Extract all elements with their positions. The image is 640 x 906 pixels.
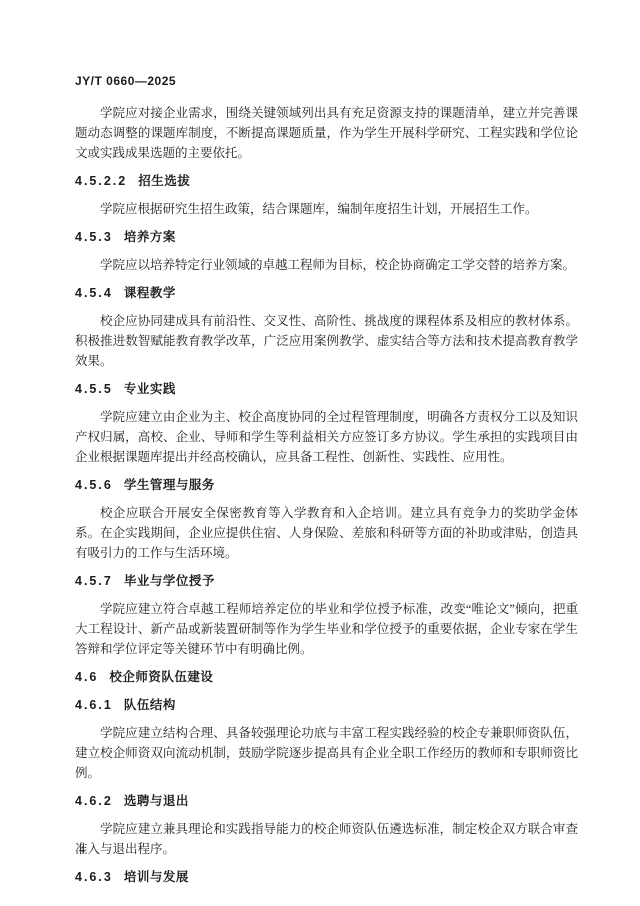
section-heading: 4.6.1队伍结构 (75, 695, 578, 715)
section-number: 4.6.3 (75, 870, 113, 884)
body-paragraph: 学院应对接企业需求，围绕关键领域列出具有充足资源支持的课题清单，建立并完善课题动… (75, 103, 578, 163)
section-title: 培训与发展 (124, 870, 189, 884)
body-paragraph: 学院应根据研究生招生政策，结合课题库，编制年度招生计划，开展招生工作。 (75, 199, 578, 219)
section-number: 4.6 (75, 670, 98, 684)
section-number: 4.5.5 (75, 382, 113, 396)
section-number: 4.6.1 (75, 698, 113, 712)
section-heading: 4.5.7毕业与学位授予 (75, 571, 578, 591)
section-heading: 4.5.2.2招生选拔 (75, 171, 578, 191)
section-number: 4.5.4 (75, 286, 113, 300)
body-paragraph: 校企应联合开展安全保密教育等入学教育和入企培训。建立具有竞争力的奖助学金体系。在… (75, 503, 578, 563)
section-heading: 4.6.3培训与发展 (75, 867, 578, 887)
section-number: 4.5.2.2 (75, 174, 127, 188)
body-paragraph: 校企应协同建成具有前沿性、交叉性、高阶性、挑战度的课程体系及相应的教材体系。积极… (75, 311, 578, 371)
section-title: 毕业与学位授予 (124, 574, 215, 588)
body-paragraph: 学院应建立兼具理论和实践指导能力的校企师资队伍遴选标准，制定校企双方联合审查准入… (75, 819, 578, 859)
section-title: 队伍结构 (124, 698, 176, 712)
body-paragraph: 学院应建立结构合理、具备较强理论功底与丰富工程实践经验的校企专兼职师资队伍，建立… (75, 723, 578, 783)
section-heading: 4.6.2选聘与退出 (75, 791, 578, 811)
section-title: 选聘与退出 (124, 794, 189, 808)
page-content: JY/T 0660—2025 学院应对接企业需求，围绕关键领域列出具有充足资源支… (75, 74, 578, 895)
section-title: 招生选拔 (138, 174, 190, 188)
section-heading: 4.6校企师资队伍建设 (75, 667, 578, 687)
body-paragraph: 学院应建立由企业为主、校企高度协同的全过程管理制度，明确各方责权分工以及知识产权… (75, 407, 578, 467)
section-title: 培养方案 (124, 230, 176, 244)
section-heading: 4.5.4课程教学 (75, 283, 578, 303)
section-number: 4.5.7 (75, 574, 113, 588)
page-number: 4 (79, 842, 85, 856)
section-number: 4.5.6 (75, 478, 113, 492)
section-number: 4.5.3 (75, 230, 113, 244)
body-paragraph: 学院应以培养特定行业领域的卓越工程师为目标，校企协商确定工学交替的培养方案。 (75, 255, 578, 275)
section-heading: 4.5.5专业实践 (75, 379, 578, 399)
section-heading: 4.5.6学生管理与服务 (75, 475, 578, 495)
body-paragraph: 学院应建立符合卓越工程师培养定位的毕业和学位授予标准，改变“唯论文”倾向，把重大… (75, 599, 578, 659)
section-title: 校企师资队伍建设 (109, 670, 213, 684)
section-title: 专业实践 (124, 382, 176, 396)
section-heading: 4.5.3培养方案 (75, 227, 578, 247)
section-title: 学生管理与服务 (124, 478, 215, 492)
section-number: 4.6.2 (75, 794, 113, 808)
document-page: JY/T 0660—2025 学院应对接企业需求，围绕关键领域列出具有充足资源支… (0, 0, 640, 906)
running-header-standard-number: JY/T 0660—2025 (75, 74, 578, 88)
section-title: 课程教学 (124, 286, 176, 300)
